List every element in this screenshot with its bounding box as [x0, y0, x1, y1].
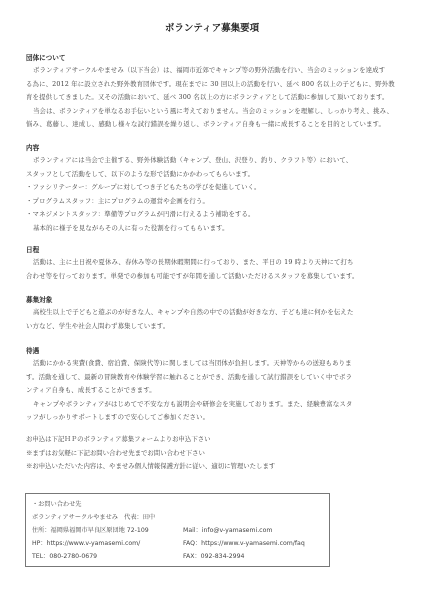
page-title: ボランティア募集要項	[0, 20, 424, 34]
paragraph-line: スタッフとして活動をして、以下のような形で活動にかかわってもらいます。	[26, 168, 398, 182]
section-schedule: 日程 活動は、主に土日祝や夏休み、春休み等の長期休暇期間に行っており、また、平日…	[26, 245, 398, 283]
contact-tel: TEL：080-2780-0679	[32, 551, 97, 560]
paragraph-line: 活動にかかる実費(食費、宿泊費、保険代等)に関しましては当団体が負担します。天神…	[26, 357, 398, 371]
paragraph-line: ボランティアサークルやませみ（以下当会）は、福岡市近郊でキャンプ等の野外活動を行…	[26, 64, 398, 78]
application-notes: お申込は下記ＨＰのボランティア募集フォームよりお申込下さい ※まずはお気軽に下記…	[26, 433, 275, 474]
section-about: 団体について ボランティアサークルやませみ（以下当会）は、福岡市近郊でキャンプ等…	[26, 53, 398, 132]
paragraph-line: 活動は、主に土日祝や夏休み、春休み等の長期休暇期間に行っており、また、平日の 1…	[26, 256, 398, 270]
contact-mail-link[interactable]: Mail：info@v-yamasemi.com	[183, 525, 272, 534]
contact-box: ・お問い合わせ先 ボランティアサークルやませみ 代表：田中 住所：福岡県福岡市早…	[25, 493, 330, 567]
section-content: 内容 ボランティアには当会で主催する、野外体験活動（キャンプ、登山、沢登り、釣り…	[26, 143, 398, 236]
contact-address: 住所：福岡県福岡市早良区原団地 72-109	[32, 525, 149, 534]
paragraph-line: ンティア自身も、成長することができます。	[26, 384, 398, 398]
paragraph-line: 悩み、葛藤し、達成し、感動し様々な試行錯誤を繰り返し、ボランティア自身も一緒に成…	[26, 118, 398, 132]
contact-faq-link[interactable]: FAQ：https://www.v-yamasemi.com/faq	[183, 538, 305, 547]
section-heading: 日程	[26, 245, 398, 256]
contact-fax: FAX：092-834-2994	[183, 551, 244, 560]
contact-organization: ボランティアサークルやませみ 代表：田中	[32, 512, 155, 521]
paragraph-line: 当会は、ボランティアを単なるお手伝いという風に考えておりません。当会のミッション…	[26, 105, 398, 119]
section-heading: 内容	[26, 143, 398, 154]
contact-hp-link[interactable]: HP：https://www.v-yamasemi.com/	[32, 538, 140, 547]
note-line: お申込は下記ＨＰのボランティア募集フォームよりお申込下さい	[26, 433, 275, 447]
paragraph-line: 基本的に様子を見ながらその人に有った役割を行ってもらいます。	[26, 222, 398, 236]
paragraph-line: キャンプやボランティアがはじめてで不安な方も説明会や研修会を実施しております。ま…	[26, 398, 398, 412]
contact-heading: ・お問い合わせ先	[32, 499, 82, 508]
list-item: ・マネジメントスタッフ：準備等プログラムが円滑に行えるよう補助をする。	[26, 208, 398, 222]
paragraph-line: ッフがしっかりサポートしますので安心してご参加ください。	[26, 411, 398, 425]
paragraph-line: る為に、2012 年に設立された野外教育団体です。現在までに 30 回以上の活動…	[26, 78, 398, 92]
paragraph-line: ボランティアには当会で主催する、野外体験活動（キャンプ、登山、沢登り、釣り、クラ…	[26, 154, 398, 168]
note-line: ※まずはお気軽に下記お問い合わせ先までお問い合わせ下さい	[26, 447, 275, 461]
list-item: ・プログラムスタッフ：主にプログラムの運営や企画を行う。	[26, 195, 398, 209]
section-heading: 待遇	[26, 346, 398, 357]
paragraph-line: い方など、学生や社会人問わず募集しています。	[26, 320, 398, 334]
paragraph-line: 合わせ等を行っております。単発での参加も可能ですが年間を通して活動いただけるスタ…	[26, 270, 398, 284]
paragraph-line: す。活動を通して、最新の冒険教育や体験学習に触れることができ、活動を通して試行錯…	[26, 371, 398, 385]
section-target: 募集対象 高校生以上で子どもと遊ぶのが好きな人、キャンプや自然の中での活動が好き…	[26, 295, 398, 333]
section-benefits: 待遇 活動にかかる実費(食費、宿泊費、保険代等)に関しましては当団体が負担します…	[26, 346, 398, 425]
note-line: ※お申込いただいた内容は、やませみ個人情報保護方針に従い、適切に管理いたします	[26, 460, 275, 474]
paragraph-line: 高校生以上で子どもと遊ぶのが好きな人、キャンプや自然の中での活動が好きな方、子ど…	[26, 306, 398, 320]
paragraph-line: 育を提供してきました。又その活動において、延べ 300 名以上の方にボランティア…	[26, 91, 398, 105]
list-item: ・ファシリテーター：グループに対してつき子どもたちの学びを促進していく。	[26, 181, 398, 195]
section-heading: 募集対象	[26, 295, 398, 306]
section-heading: 団体について	[26, 53, 398, 64]
